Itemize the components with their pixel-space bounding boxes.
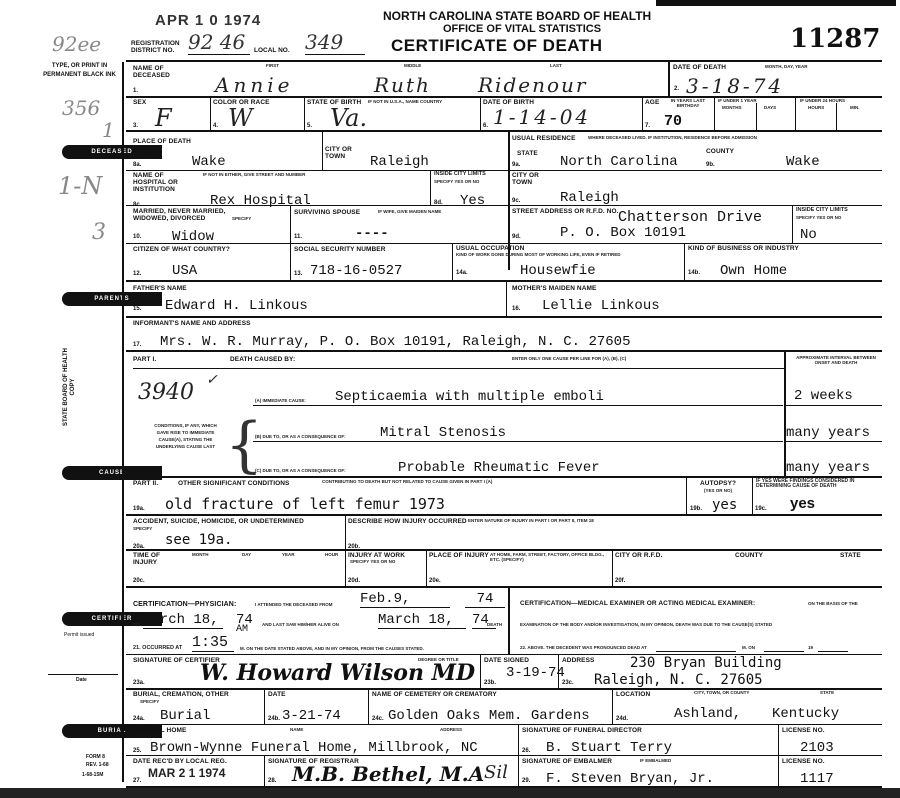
spouse-label: SURVIVING SPOUSE	[294, 209, 360, 216]
marital-label: MARRIED, NEVER MARRIED, WIDOWED, DIVORCE…	[133, 208, 233, 222]
time-of-injury-label: TIME OF INJURY	[133, 552, 168, 566]
res-city-label: CITY OR TOWN	[512, 172, 540, 186]
date-of-death-sub: MONTH, DAY, YEAR	[765, 64, 808, 69]
mother-label: MOTHER'S MAIDEN NAME	[512, 285, 596, 292]
inside-city-value: Yes	[460, 193, 485, 209]
due-to-b-label: (b) DUE TO, OR AS A CONSEQUENCE OF:	[255, 434, 346, 439]
location-city: Ashland,	[674, 706, 741, 722]
embalmer-sub: IF EMBALMED	[640, 758, 671, 763]
location-label: LOCATION	[616, 691, 650, 698]
father-label: FATHER'S NAME	[133, 285, 187, 292]
field-9c: 9c.	[512, 198, 520, 204]
age-label: AGE	[645, 99, 659, 106]
examiner-text-1: ON THE BASIS OF THE	[808, 601, 858, 606]
attended-from: Feb.9,	[360, 591, 450, 608]
top-rule	[126, 60, 882, 62]
field-10: 10.	[133, 234, 141, 240]
rule	[784, 441, 882, 442]
occupation-sub: KIND OF WORK DONE DURING MOST OF WORKING…	[456, 252, 656, 257]
field-9a: 9a.	[512, 162, 520, 168]
street-address-line2: P. O. Box 10191	[560, 225, 686, 241]
rule	[126, 280, 882, 282]
findings-label: IF YES WERE FINDINGS CONSIDERED IN DETER…	[756, 479, 881, 489]
rule	[784, 405, 882, 406]
field-12: 12.	[133, 271, 141, 277]
margin-note-5: 3	[92, 220, 106, 245]
registrar-initials: Sil	[484, 762, 508, 783]
director-label: SIGNATURE OF FUNERAL DIRECTOR	[522, 727, 642, 734]
due-to-c-interval: many years	[786, 460, 870, 476]
manner-value: see 19a.	[165, 532, 232, 548]
check-mark: ✓	[206, 372, 218, 388]
certifier-address-label: ADDRESS	[562, 657, 594, 664]
injury-desc-sub: ENTER NATURE OF INJURY IN PART I OR PART…	[468, 518, 594, 523]
divider	[480, 654, 481, 688]
immediate-cause: Septicaemia with multiple emboli	[335, 389, 604, 405]
field-20c: 20c.	[133, 578, 145, 584]
divider	[304, 96, 305, 130]
divider	[264, 688, 265, 724]
agency-name: NORTH CAROLINA STATE BOARD OF HEALTH	[383, 9, 651, 23]
field-17: 17.	[133, 342, 141, 348]
attended-from-label: I ATTENDED THE DECEASED FROM	[255, 602, 333, 607]
rule	[126, 350, 882, 352]
due-to-b-interval: many years	[786, 425, 870, 441]
rule	[133, 368, 785, 369]
due-to-b: Mitral Stenosis	[380, 425, 506, 441]
county-label: COUNTY	[133, 150, 161, 157]
divider	[558, 654, 559, 688]
informant-label: INFORMANT'S NAME AND ADDRESS	[133, 320, 251, 327]
redaction-bar	[656, 0, 896, 6]
last-saw-label: AND LAST SAW HIM/HER ALIVE ON	[262, 622, 339, 627]
divider	[426, 549, 427, 586]
rule	[126, 755, 882, 756]
manner-label: ACCIDENT, SUICIDE, HOMICIDE, OR UNDETERM…	[133, 518, 304, 525]
industry-label: KIND OF BUSINESS OR INDUSTRY	[688, 245, 799, 252]
residence-city: Raleigh	[560, 190, 619, 206]
divider	[668, 60, 670, 96]
field-28: 28.	[268, 778, 276, 784]
date-label: Date	[76, 677, 87, 683]
embalmer-license-label: LICENSE NO.	[782, 758, 825, 765]
middle-label: MIDDLE	[404, 63, 421, 68]
field-19c: 19c.	[755, 506, 767, 512]
divider	[836, 103, 837, 130]
physician-label: CERTIFICATION—PHYSICIAN:	[133, 601, 236, 608]
field-3: 3.	[133, 123, 138, 129]
field-24c: 24c.	[372, 716, 384, 722]
death-county: Wake	[192, 154, 226, 170]
date-signed-label: DATE SIGNED	[484, 657, 529, 664]
ssn-value: 718-16-0527	[310, 263, 402, 279]
examiner-date-line	[764, 651, 804, 652]
days-label: DAYS	[764, 105, 776, 110]
rule	[126, 724, 882, 725]
disposition-label: BURIAL, CREMATION, OTHER	[133, 691, 229, 698]
conditions-label: CONDITIONS, IF ANY, WHICH GAVE RISE TO I…	[148, 422, 223, 450]
immediate-cause-label: (a) IMMEDIATE CAUSE:	[255, 398, 306, 403]
death-label: DEATH	[487, 622, 502, 627]
am-marker: AM	[236, 624, 248, 635]
occurred-label: 21. OCCURRED AT	[133, 646, 182, 651]
field-19a: 19a.	[133, 506, 145, 512]
rule	[126, 96, 882, 98]
field-23a: 23a.	[133, 680, 145, 686]
received-stamp: APR 1 0 1974	[155, 12, 261, 29]
age-sub: IN YEARS LAST BIRTHDAY	[662, 98, 714, 108]
under-24-hours-label: IF UNDER 24 HOURS	[800, 98, 845, 103]
permit-issued-label: Permit issued	[64, 632, 94, 638]
res-inside-city-sub: SPECIFY YES OR NO	[796, 215, 841, 220]
examiner-year-line	[818, 651, 848, 652]
place-injury-label: PLACE OF INJURY	[429, 552, 489, 559]
funeral-home: Brown-Wynne Funeral Home, Millbrook, NC	[150, 740, 478, 756]
injury-state-label: STATE	[840, 552, 861, 559]
field-23c: 23c.	[562, 680, 574, 686]
field-24a: 24a.	[133, 716, 145, 722]
spouse-sub: IF WIFE, GIVE MAIDEN NAME	[378, 209, 441, 214]
director-license-label: LICENSE NO.	[782, 727, 825, 734]
document-title: CERTIFICATE OF DEATH	[391, 36, 602, 56]
state-of-birth: Va.	[330, 104, 367, 132]
cause-code: 3940	[138, 380, 194, 405]
burial-date: 3-21-74	[282, 708, 341, 724]
name-label: NAME OF DECEASED	[133, 65, 173, 79]
field-6: 6.	[483, 123, 488, 129]
occurred-suffix: M. ON THE DATE STATED ABOVE, AND IN MY O…	[240, 646, 424, 651]
other-conditions-label: OTHER SIGNIFICANT CONDITIONS	[178, 480, 290, 487]
hospital-name: Rex Hospital	[210, 193, 311, 209]
residence-county: Wake	[786, 154, 820, 170]
examiner-m-on: M. ON	[742, 645, 755, 650]
father-name: Edward H. Linkous	[165, 298, 308, 314]
age-value: 70	[664, 113, 682, 130]
divider	[714, 96, 715, 130]
rule	[126, 514, 882, 516]
day-label: DAY	[242, 552, 251, 557]
location-state: Kentucky	[772, 706, 839, 722]
divider	[612, 688, 613, 724]
date-received: MAR 2 1 1974	[148, 766, 225, 780]
at-work-label: INJURY AT WORK	[348, 552, 405, 559]
burial-date-label: DATE	[268, 691, 286, 698]
office-name: OFFICE OF VITAL STATISTICS	[443, 23, 601, 35]
last-saw-date: March 18,	[378, 612, 466, 629]
autopsy-sub: (YES OR NO)	[704, 488, 732, 493]
ink-instruction: TYPE, OR PRINT IN PERMANENT BLACK INK	[42, 62, 117, 80]
field-11: 11.	[294, 234, 302, 240]
divider	[792, 205, 793, 243]
city-label: CITY OR TOWN	[325, 146, 353, 160]
field-14b: 14b.	[688, 270, 700, 276]
field-4: 4.	[213, 123, 218, 129]
form-info-2: REV. 1-68	[86, 762, 109, 768]
divider	[784, 350, 786, 476]
cemetery-label: NAME OF CEMETERY OR CREMATORY	[372, 691, 497, 698]
other-conditions-sub: CONTRIBUTING TO DEATH BUT NOT RELATED TO…	[322, 479, 492, 484]
rule	[126, 205, 882, 206]
deceased-last-name: Ridenour	[478, 73, 587, 97]
inside-city-sub: SPECIFY YES OR NO	[434, 179, 479, 184]
other-conditions: old fracture of left femur 1973	[165, 495, 445, 513]
examiner-label: CERTIFICATION—MEDICAL EXAMINER OR ACTING…	[520, 600, 755, 607]
field-13: 13.	[294, 271, 302, 277]
field-2: 2.	[674, 86, 679, 92]
margin-note-3: 1	[102, 118, 115, 142]
field-18: 18.	[133, 468, 141, 474]
degree-label: DEGREE OR TITLE	[418, 657, 459, 662]
divider	[506, 280, 507, 316]
field-23b: 23b.	[484, 680, 496, 686]
registration-district-label: REGISTRATION DISTRICT NO.	[131, 40, 186, 54]
date-of-birth: 1-14-04	[493, 105, 591, 129]
divider	[368, 688, 369, 724]
disposition-sub: SPECIFY	[140, 699, 159, 704]
rule	[126, 586, 882, 588]
local-no-label: LOCAL NO.	[254, 47, 290, 54]
funeral-director: B. Stuart Terry	[546, 740, 672, 756]
rule	[253, 441, 783, 442]
divider	[752, 476, 753, 514]
funeral-address-label: ADDRESS	[440, 727, 462, 732]
field-15: 15.	[133, 306, 141, 312]
date-recd-label: DATE REC'D BY LOCAL REG.	[133, 758, 227, 765]
divider	[264, 755, 265, 786]
divider	[612, 549, 613, 586]
location-state-label: STATE	[820, 690, 834, 695]
divider	[480, 96, 481, 130]
disposition-value: Burial	[160, 708, 210, 724]
registration-district-value: 92 46	[188, 30, 250, 55]
rule	[126, 170, 882, 171]
death-city: Raleigh	[370, 154, 429, 170]
autopsy-label: AUTOPSY?	[700, 480, 736, 487]
informant: Mrs. W. R. Murray, P. O. Box 10191, Rale…	[160, 334, 630, 350]
injury-county-label: COUNTY	[735, 552, 763, 559]
attended-from-year: 74	[465, 591, 505, 608]
rule	[126, 549, 882, 551]
field-20e: 20e.	[429, 578, 441, 584]
rule	[253, 405, 783, 406]
tab-parents: PARENTS	[62, 292, 162, 306]
part1-label: PART I.	[133, 356, 156, 363]
field-16: 16.	[512, 306, 520, 312]
local-no-value: 349	[305, 30, 365, 55]
sex-label: SEX	[133, 99, 146, 106]
occupation-label: USUAL OCCUPATION	[456, 245, 524, 252]
res-inside-city-value: No	[800, 227, 817, 243]
examiner-19: 19	[808, 645, 813, 650]
form-info-1: FORM 8	[86, 754, 105, 760]
embalmer-name: F. Steven Bryan, Jr.	[546, 771, 714, 787]
year-label: YEAR	[282, 552, 295, 557]
place-of-death-label: PLACE OF DEATH	[133, 138, 191, 145]
hospital-label: NAME OF HOSPITAL OR INSTITUTION	[133, 172, 183, 193]
months-label: MONTHS	[722, 105, 742, 110]
cemetery-name: Golden Oaks Mem. Gardens	[388, 708, 590, 724]
registrar-signature: M.B. Bethel, M.A	[292, 762, 484, 786]
street-label: STREET ADDRESS OR R.F.D. No.	[512, 208, 619, 215]
rule	[126, 316, 882, 318]
form-left-border	[122, 62, 124, 782]
res-inside-city-label: INSIDE CITY LIMITS	[796, 208, 848, 213]
residence-sub: WHERE DECEASED LIVED. IF INSTITUTION, RE…	[588, 135, 757, 140]
residence-state: North Carolina	[560, 154, 678, 170]
field-27: 27.	[133, 778, 141, 784]
due-to-c-label: (c) DUE TO, OR AS A CONSEQUENCE OF:	[255, 468, 346, 473]
mother-name: Lellie Linkous	[542, 298, 660, 314]
last-label: LAST	[550, 63, 562, 68]
marital-sub: SPECIFY	[232, 216, 251, 221]
rule	[126, 243, 882, 244]
field-14a: 14a.	[456, 270, 468, 276]
inside-city-label: INSIDE CITY LIMITS	[434, 172, 486, 177]
under-1-year-label: IF UNDER 1 YEAR	[718, 98, 757, 103]
hour-label: HOUR	[325, 552, 338, 557]
field-7: 7.	[645, 123, 650, 129]
certificate-number: 11287	[790, 24, 880, 54]
margin-note-2: 356	[62, 96, 100, 120]
divider	[322, 130, 323, 170]
field-20f: 20f.	[615, 578, 625, 584]
due-to-c: Probable Rheumatic Fever	[398, 460, 600, 476]
spouse-value: ----	[355, 226, 389, 242]
sex-value: F	[155, 104, 172, 132]
funeral-name-label: NAME	[290, 727, 303, 732]
divider	[508, 586, 510, 654]
res-state-label: STATE	[517, 150, 538, 157]
director-license: 2103	[800, 740, 834, 756]
date-line	[48, 674, 118, 675]
hospital-sub: IF NOT IN EITHER, GIVE STREET AND NUMBER	[203, 172, 305, 177]
embalmer-license: 1117	[800, 771, 834, 787]
certifier-address-line2: Raleigh, N. C. 27605	[594, 672, 763, 688]
form-info-3: 1-68-15M	[82, 772, 103, 778]
month-label: MONTH	[192, 552, 209, 557]
part2-label: PART II.	[133, 480, 158, 487]
occupation-value: Housewfie	[520, 263, 596, 279]
street-address-line1: Chatterson Drive	[618, 209, 762, 226]
field-26: 26.	[522, 748, 530, 754]
divider	[430, 170, 431, 205]
rule	[126, 688, 882, 690]
funeral-home-label: FUNERAL HOME	[133, 727, 186, 734]
immediate-interval: 2 weeks	[794, 388, 853, 404]
death-caused-by-label: DEATH CAUSED BY:	[230, 356, 295, 363]
date-of-death: 3-18-74	[686, 74, 784, 98]
occurred-time: 1:35	[192, 634, 234, 652]
divider	[210, 96, 211, 130]
res-county-label: COUNTY	[706, 148, 734, 155]
cause-instruction: ENTER ONLY ONE CAUSE PER LINE FOR (a), (…	[512, 356, 626, 361]
divider	[642, 96, 643, 130]
field-8a: 8a.	[133, 162, 141, 168]
certifier-signature: W. Howard Wilson MD	[200, 660, 475, 686]
autopsy-value: yes	[712, 497, 737, 513]
field-5: 5.	[307, 123, 312, 129]
margin-note-4: 1-N	[58, 172, 102, 200]
citizen-label: CITIZEN OF WHAT COUNTRY?	[133, 246, 230, 253]
rule	[126, 130, 882, 132]
first-label: FIRST	[266, 63, 279, 68]
copy-label: STATE BOARD OF HEALTH COPY	[63, 347, 77, 427]
place-injury-sub: AT HOME, FARM, STREET, FACTORY, OFFICE B…	[490, 552, 610, 562]
field-9b: 9b.	[706, 162, 715, 168]
injury-desc-label: DESCRIBE HOW INJURY OCCURRED	[348, 518, 467, 525]
citizenship: USA	[172, 263, 197, 279]
divider	[452, 243, 453, 280]
state-of-birth-sub: IF NOT IN U.S.A., NAME COUNTRY	[368, 99, 478, 104]
field-25: 25.	[133, 748, 141, 754]
attended-to: March 18,	[143, 612, 223, 629]
manner-sub: SPECIFY	[133, 526, 152, 531]
deceased-middle-name: Ruth	[374, 73, 431, 97]
scan-edge	[0, 788, 900, 798]
at-work-sub: SPECIFY YES OR NO	[350, 559, 395, 564]
embalmer-label: SIGNATURE OF EMBALMER	[522, 758, 612, 765]
divider	[795, 96, 796, 130]
race-value: W	[228, 104, 253, 132]
field-24b: 24b.	[268, 716, 280, 722]
city-rfd-label: CITY OR R.F.D.	[615, 552, 663, 559]
field-1: 1.	[133, 88, 138, 94]
location-sub: CITY, TOWN, OR COUNTY	[694, 690, 749, 695]
findings-value: yes	[790, 495, 815, 512]
field-24d: 24d.	[616, 716, 628, 722]
min-label: MIN.	[850, 105, 860, 110]
examiner-text-3: 22. ABOVE. THE DECEDENT WAS PRONOUNCED D…	[520, 645, 647, 650]
field-29: 29.	[522, 778, 530, 784]
certifier-address-line1: 230 Bryan Building	[630, 655, 782, 671]
divider	[684, 243, 685, 280]
date-of-death-label: DATE OF DEATH	[673, 64, 726, 71]
to-label: TO	[133, 622, 139, 627]
ssn-label: SOCIAL SECURITY NUMBER	[294, 246, 386, 253]
field-9d: 9d.	[512, 234, 521, 240]
interval-label: APPROXIMATE INTERVAL BETWEEN ONSET AND D…	[792, 355, 880, 365]
deceased-first-name: Annie	[215, 73, 293, 97]
hours-label: HOURS	[808, 105, 824, 110]
examiner-time-line	[656, 651, 736, 652]
margin-note-1: 92ee	[52, 32, 101, 56]
divider	[756, 103, 757, 130]
examiner-text-2: EXAMINATION OF THE BODY AND/OR INVESTIGA…	[520, 622, 772, 627]
residence-label: USUAL RESIDENCE	[512, 135, 576, 142]
divider	[686, 476, 687, 514]
field-19b: 19b.	[690, 506, 702, 512]
date-signed: 3-19-74	[506, 665, 565, 681]
industry-value: Own Home	[720, 263, 787, 279]
field-20d: 20d.	[348, 578, 360, 584]
